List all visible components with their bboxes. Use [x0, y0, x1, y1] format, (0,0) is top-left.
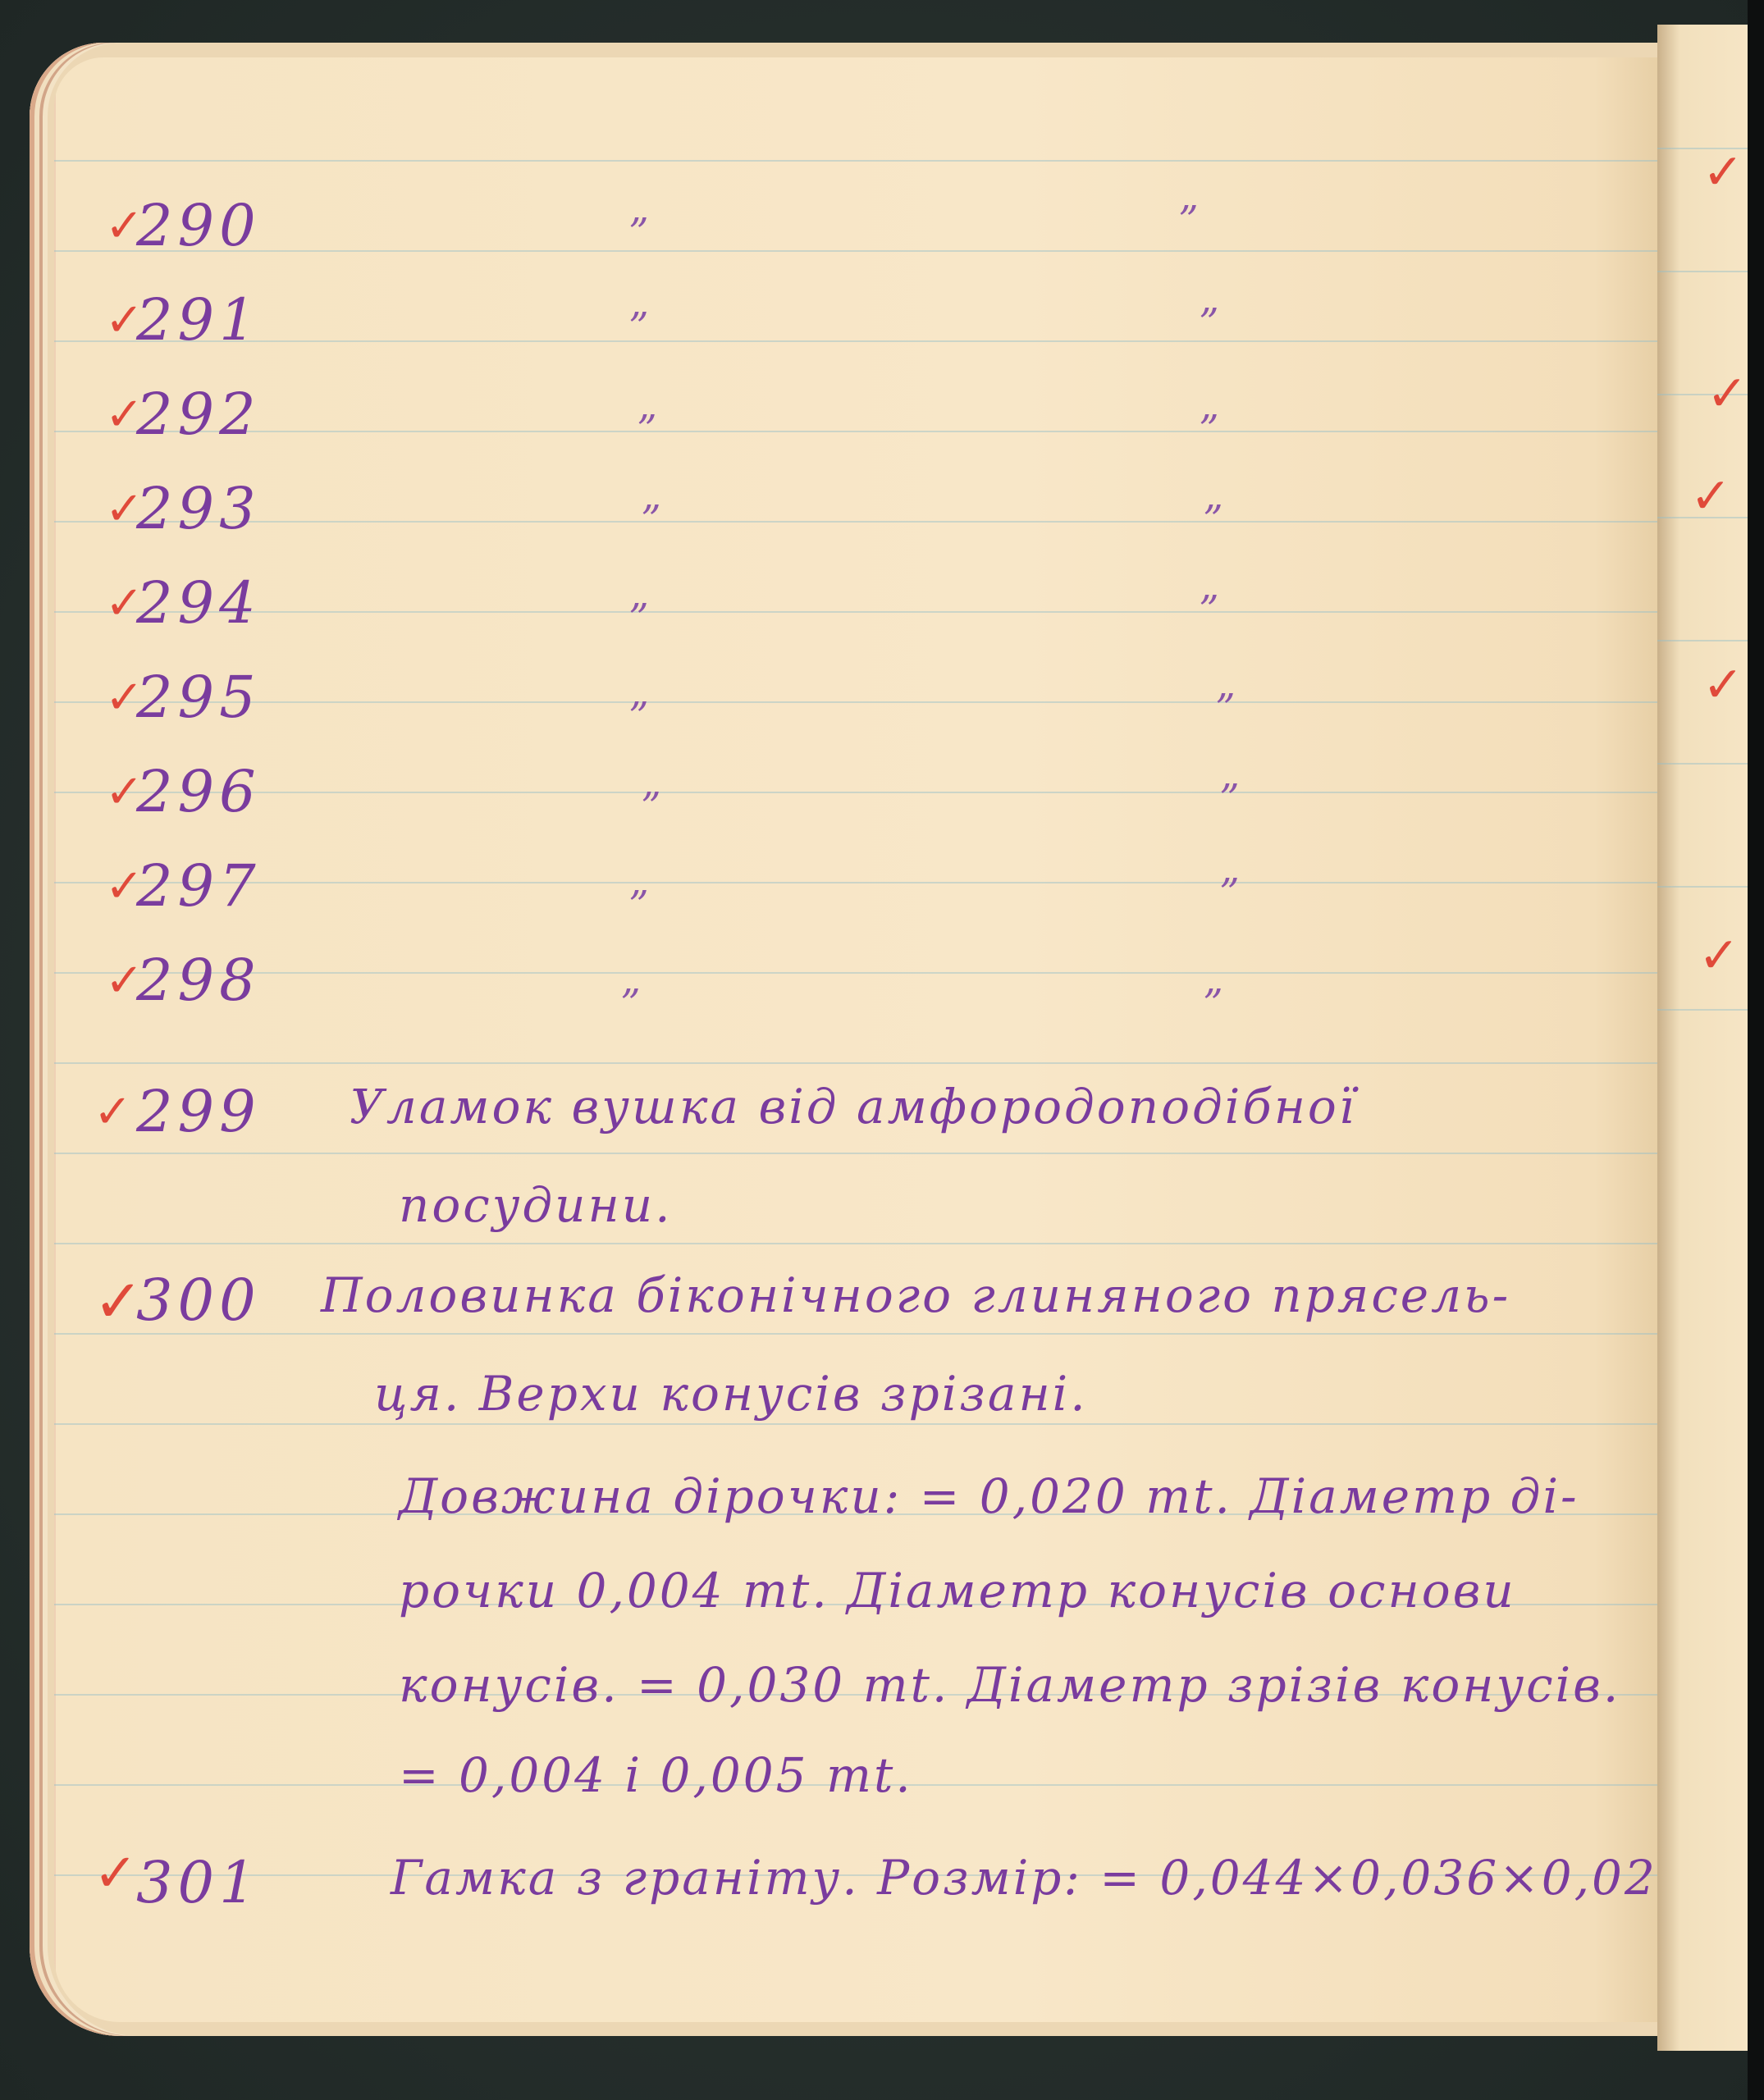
ditto-mark: ” — [637, 410, 657, 450]
ditto-mark: ” — [628, 308, 649, 347]
ruled-line — [54, 611, 1658, 613]
check-mark-icon: ✓ — [1707, 369, 1748, 418]
entry-number: 299 — [136, 1083, 261, 1140]
ditto-mark: ” — [620, 984, 641, 1024]
notebook-page: ✓ 290 ” ” ✓ 291 ” ” ✓ 292 ” ” ✓ 293 ” ” … — [54, 57, 1658, 2022]
entry-number: 298 — [136, 952, 261, 1009]
ditto-mark: ” — [1199, 591, 1219, 630]
ruled-line — [54, 250, 1658, 252]
ditto-mark: ” — [628, 697, 649, 737]
ruled-line — [54, 1423, 1658, 1425]
ditto-mark: ” — [1203, 984, 1223, 1024]
ruled-line — [54, 792, 1658, 793]
ditto-mark: ” — [628, 599, 649, 638]
entry-number: 292 — [136, 386, 261, 443]
entry-number: 290 — [136, 197, 261, 254]
ruled-line — [54, 1243, 1658, 1244]
entry-number: 294 — [136, 574, 261, 632]
ruled-line — [54, 701, 1658, 703]
ditto-mark: ” — [628, 886, 649, 925]
ditto-mark: ” — [1199, 304, 1219, 343]
entry-description-line: посудини. — [399, 1181, 673, 1229]
adjacent-page-edge: ✓ ✓ ✓ ✓ ✓ — [1657, 25, 1748, 2051]
ruled-line — [54, 1062, 1658, 1064]
ruled-line — [54, 340, 1658, 342]
ruled-line — [1657, 763, 1748, 765]
check-mark-icon: ✓ — [94, 1089, 132, 1135]
entry-number: 291 — [136, 291, 261, 349]
ruled-line — [54, 431, 1658, 432]
entry-description-line: конусів. = 0,030 mt. Діаметр зрізів кону… — [399, 1661, 1620, 1709]
entry-number: 295 — [136, 669, 261, 726]
ruled-line — [1657, 1009, 1748, 1011]
ruled-line — [54, 882, 1658, 883]
check-mark-icon: ✓ — [94, 1847, 138, 1900]
ditto-mark: ” — [1219, 874, 1240, 913]
entry-description-line: Половинка біконічного глиняного прясель- — [321, 1271, 1510, 1319]
ditto-mark: ” — [641, 500, 661, 540]
entry-description-line: Уламок вушка від амфородоподібної — [350, 1083, 1356, 1130]
ruled-line — [54, 972, 1658, 974]
check-mark-icon: ✓ — [1698, 931, 1739, 980]
ruled-line — [1657, 640, 1748, 641]
ruled-line — [1657, 271, 1748, 272]
ditto-mark: ” — [1203, 500, 1223, 540]
ditto-mark: ” — [1178, 201, 1199, 240]
entry-number: 293 — [136, 480, 261, 537]
ruled-line — [1657, 886, 1748, 888]
entry-description-line: Гамка з граніту. Розмір: = 0,044×0,036×0… — [391, 1854, 1658, 1901]
ditto-mark: ” — [641, 787, 661, 827]
ruled-line — [54, 160, 1658, 162]
entry-description-line: рочки 0,004 mt. Діаметр конусів основи — [399, 1567, 1516, 1614]
entry-number: 301 — [136, 1854, 261, 1911]
check-mark-icon: ✓ — [1690, 472, 1731, 521]
margin-line — [54, 57, 56, 2022]
entry-description-line: Довжина дірочки: = 0,020 mt. Діаметр ді- — [399, 1472, 1579, 1520]
ditto-mark: ” — [628, 213, 649, 253]
check-mark-icon: ✓ — [1702, 148, 1743, 197]
image-edge — [1748, 0, 1764, 2100]
entry-number: 300 — [136, 1271, 261, 1329]
entry-number: 297 — [136, 857, 261, 915]
ditto-mark: ” — [1219, 779, 1240, 819]
ruled-line — [54, 1333, 1658, 1335]
ditto-mark: ” — [1199, 410, 1219, 450]
ruled-line — [54, 521, 1658, 523]
entry-description-line: ця. Верхи конусів зрізані. — [374, 1370, 1088, 1417]
entry-number: 296 — [136, 763, 261, 820]
check-mark-icon: ✓ — [1702, 660, 1743, 710]
entry-description-line: = 0,004 і 0,005 mt. — [399, 1751, 913, 1799]
ruled-line — [54, 1153, 1658, 1154]
ditto-mark: ” — [1215, 689, 1236, 728]
